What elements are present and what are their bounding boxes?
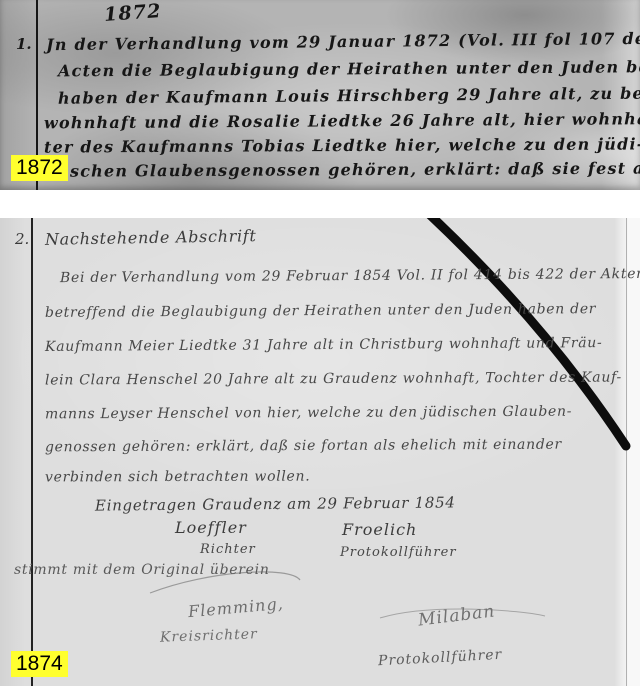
handwriting-line: manns Leyser Henschel von hier, welche z… [45,404,572,423]
handwriting-line: verbinden sich betrachten wollen. [45,469,310,486]
certification-line: stimmt mit dem Original überein [14,562,270,578]
signature-title: Richter [200,542,256,557]
signature-title: Kreisrichter [160,626,258,645]
scan-1872: 1872 1. Jn der Verhandlung vom 29 Januar… [0,0,640,190]
year-label-1872: 1872 [11,155,68,181]
handwriting-line: Jn der Verhandlung vom 29 Januar 1872 (V… [46,29,640,54]
handwriting-title: Nachstehende Abschrift [45,226,257,249]
scan-1874: 2. Nachstehende Abschrift Bei der Verhan… [0,218,640,686]
entry-number: 2. [15,230,29,248]
signature-title: Protokollführer [340,545,457,560]
handwritten-header-year: 1872 [103,0,162,26]
screenshot-canvas: 1872 1. Jn der Verhandlung vom 29 Januar… [0,0,640,690]
signature-name: Loeffler [175,518,247,537]
registration-line: Eingetragen Graudenz am 29 Februar 1854 [95,493,456,514]
handwriting-line: lein Clara Henschel 20 Jahre alt zu Grau… [45,369,622,388]
handwriting-line: genossen gehören: erklärt, daß sie forta… [45,437,562,456]
entry-number: 1. [16,35,32,53]
handwriting-line: haben der Kaufmann Louis Hirschberg 29 J… [58,83,640,107]
handwriting-line: wohnhaft und die Rosalie Liedtke 26 Jahr… [44,109,640,133]
handwriting-line: Acten die Beglaubigung der Heirathen unt… [58,57,640,81]
signature-name: Froelich [342,520,417,539]
handwriting-line: ter des Kaufmanns Tobias Liedtke hier, w… [44,134,640,156]
handwriting-line: schen Glaubensgenossen gehören, erklärt:… [70,158,640,180]
year-label-1874: 1874 [11,651,68,677]
